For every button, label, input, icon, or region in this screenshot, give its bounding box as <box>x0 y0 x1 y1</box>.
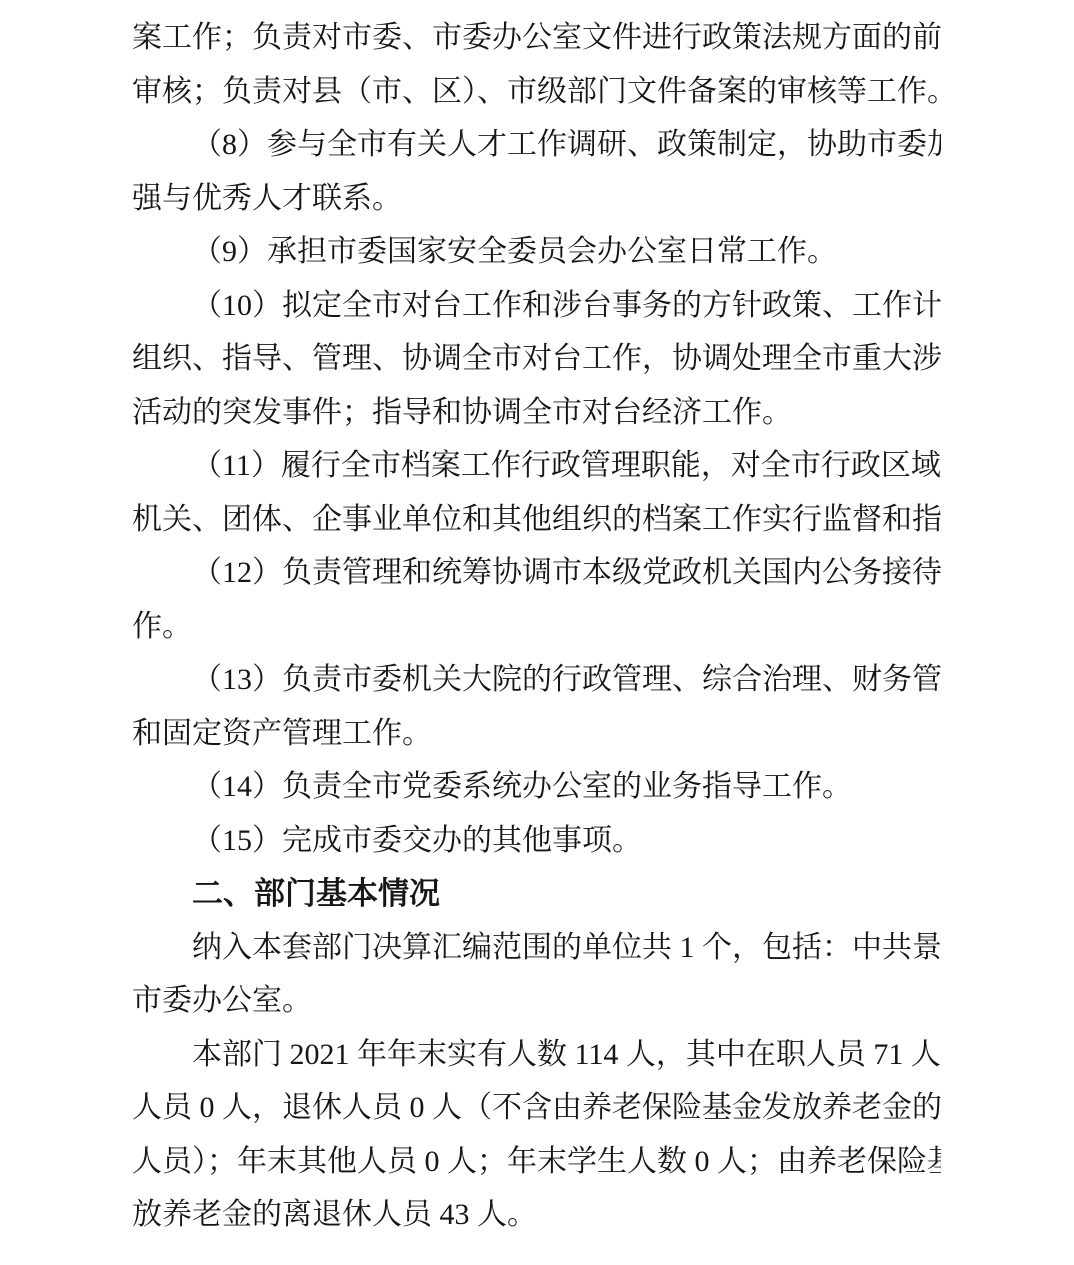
document-line: （14）负责全市党委系统办公室的业务指导工作。 <box>132 760 941 814</box>
document-line: （11）履行全市档案工作行政管理职能，对全市行政区域内 <box>132 439 941 493</box>
document-line: （10）拟定全市对台工作和涉台事务的方针政策、工作计划； <box>132 279 941 333</box>
document-line: 审核；负责对县（市、区）、市级部门文件备案的审核等工作。 <box>132 65 941 119</box>
document-line: （8）参与全市有关人才工作调研、政策制定，协助市委加 <box>132 118 941 172</box>
document-line: （15）完成市委交办的其他事项。 <box>132 814 941 868</box>
document-line: 纳入本套部门决算汇编范围的单位共 1 个，包括：中共景德镇 <box>132 921 941 975</box>
document-line: 和固定资产管理工作。 <box>132 707 941 761</box>
section-heading: 二、部门基本情况 <box>132 867 941 921</box>
document-line: 作。 <box>132 600 941 654</box>
document-line: 案工作；负责对市委、市委办公室文件进行政策法规方面的前置 <box>132 11 941 65</box>
document-line: 本部门 2021 年年末实有人数 114 人，其中在职人员 71 人，离休 <box>132 1028 941 1082</box>
document-line: 机关、团体、企事业单位和其他组织的档案工作实行监督和指导。 <box>132 493 941 547</box>
document-line: （9）承担市委国家安全委员会办公室日常工作。 <box>132 225 941 279</box>
document-line: （12）负责管理和统筹协调市本级党政机关国内公务接待工 <box>132 546 941 600</box>
document-line: 人员 0 人，退休人员 0 人（不含由养老保险基金发放养老金的离退休 <box>132 1081 941 1135</box>
document-line: 人员）；年末其他人员 0 人；年末学生人数 0 人；由养老保险基金发 <box>132 1135 941 1189</box>
document-line: 强与优秀人才联系。 <box>132 172 941 226</box>
document-line: 市委办公室。 <box>132 974 941 1028</box>
document-line: 放养老金的离退休人员 43 人。 <box>132 1188 941 1242</box>
document-line: （13）负责市委机关大院的行政管理、综合治理、财务管理 <box>132 653 941 707</box>
document-line: 组织、指导、管理、协调全市对台工作，协调处理全市重大涉台 <box>132 332 941 386</box>
document-line: 活动的突发事件；指导和协调全市对台经济工作。 <box>132 386 941 440</box>
document-page: 案工作；负责对市委、市委办公室文件进行政策法规方面的前置 审核；负责对县（市、区… <box>0 0 1074 1265</box>
